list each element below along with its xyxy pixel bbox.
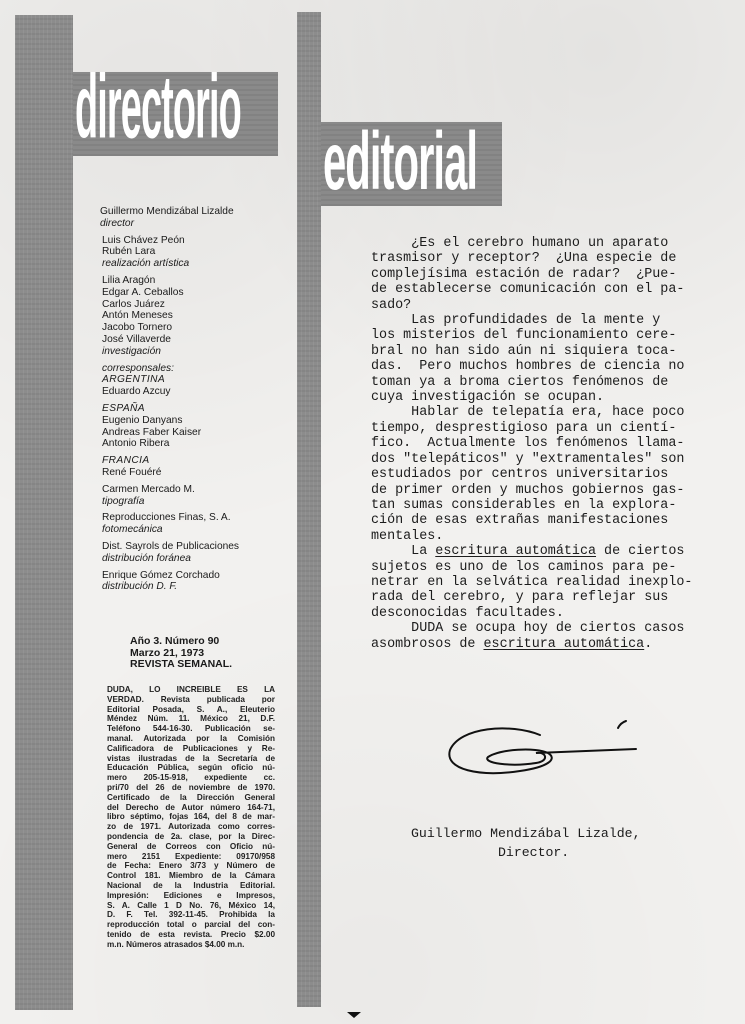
editorial-line: ción de esas extrañas manifestaciones (371, 513, 739, 528)
editorial-line: rada del cerebro, y para reflejar sus (371, 590, 739, 605)
legal-line: DUDA, LO INCREIBLE ES LA (107, 685, 275, 695)
editorial-line: ¿Es el cerebro humano un aparato (371, 236, 739, 251)
legal-line: Calificadora de Publicaciones y Re- (107, 744, 275, 754)
credit-entry: Reproducciones Finas, S. A.fotomecánica (102, 512, 294, 536)
legal-line: VERDAD. Revista publicada por (107, 695, 275, 705)
correspondent-country-group: FRANCIARené Fouéré (102, 455, 294, 479)
masthead: Guillermo Mendizábal LizaldedirectorLuis… (100, 206, 294, 598)
editorial-line: desconocidas facultades. (371, 606, 739, 621)
credit-name: Enrique Gómez Corchado (102, 570, 294, 582)
directorio-header: directorio (73, 72, 278, 156)
legal-line: reproducción total o parcial del con- (107, 920, 275, 930)
editorial-line: complejísima estación de radar? ¿Pue- (371, 267, 739, 282)
legal-line: pondencia de 2a. clase, por la Direc- (107, 832, 275, 842)
staff-name: Edgar A. Ceballos (102, 287, 294, 299)
editorial-text: ¿Es el cerebro humano un aparatotrasmiso… (371, 236, 739, 652)
credit-name: Carmen Mercado M. (102, 484, 294, 496)
country-label: ARGENTINA (102, 374, 294, 386)
credit-role: fotomecánica (102, 524, 294, 536)
legal-line: zo de 1971. Autorizada como corres- (107, 822, 275, 832)
correspondent-country-group: ARGENTINAEduardo Azcuy (102, 374, 294, 398)
legal-line: Control 181. Miembro de la Cámara (107, 871, 275, 881)
correspondents: corresponsales:ARGENTINAEduardo AzcuyESP… (102, 363, 294, 479)
editorial-line: Hablar de telepatía era, hace poco (371, 405, 739, 420)
correspondent-name: Eduardo Azcuy (102, 386, 294, 398)
legal-line: Certificado de la Dirección General (107, 793, 275, 803)
editorial-line: estudiados por centros universitarios (371, 467, 739, 482)
staff-name: Lilia Aragón (102, 275, 294, 287)
credit-entry: Carmen Mercado M.tipografía (102, 484, 294, 508)
legal-line: tenido de esta revista. Precio $2.00 (107, 930, 275, 940)
underlined-phrase: escritura automática (435, 544, 596, 559)
legal-line: m.n. Números atrasados $4.00 m.n. (107, 940, 275, 950)
legal-line: libro séptimo, fojas 164, del 8 de mar- (107, 812, 275, 822)
editorial-header: editorial (321, 122, 502, 206)
legal-line: Nacional de la Industria Editorial. (107, 881, 275, 891)
editorial-line: de establecerse comunicación con el pa- (371, 282, 739, 297)
staff-name: Jacobo Tornero (102, 322, 294, 334)
legal-line: Educación Pública, según oficio nú- (107, 763, 275, 773)
correspondents-label: corresponsales: (102, 363, 294, 375)
correspondent-country-group: ESPAÑAEugenio DanyansAndreas Faber Kaise… (102, 403, 294, 450)
staff-role: investigación (102, 346, 294, 358)
legal-line: mero 2151 Expediente: 09170/958 (107, 852, 275, 862)
right-vertical-bar (297, 12, 321, 1007)
editorial-line: Las profundidades de la mente y (371, 313, 739, 328)
correspondent-name: René Fouéré (102, 467, 294, 479)
editorial-line: tan sumas considerables en la explora- (371, 498, 739, 513)
staff-group: Lilia AragónEdgar A. CeballosCarlos Juár… (102, 275, 294, 358)
legal-notice: DUDA, LO INCREIBLE ES LAVERDAD. Revista … (107, 685, 275, 950)
correspondent-name: Andreas Faber Kaiser (102, 427, 294, 439)
staff-group: Guillermo Mendizábal Lizaldedirector (100, 206, 294, 230)
editorial-line: tiempo, desprestigioso para un cientí- (371, 421, 739, 436)
editorial-line: sujetos es uno de los caminos para pe- (371, 560, 739, 575)
legal-line: de Fecha: Enero 3/73 y Número de (107, 861, 275, 871)
country-label: FRANCIA (102, 455, 294, 467)
directorio-title: directorio (75, 72, 250, 154)
editorial-line: mentales. (371, 529, 739, 544)
editorial-line: bral no han sido aún ni siquiera toca- (371, 344, 739, 359)
staff-role: director (100, 218, 294, 230)
editorial-line: DUDA se ocupa hoy de ciertos casos (371, 621, 739, 636)
editorial-line: los misterios del funcionamiento cere- (371, 328, 739, 343)
country-label: ESPAÑA (102, 403, 294, 415)
editorial-line: sado? (371, 298, 739, 313)
editorial-line: cuya investigación se ocupan. (371, 390, 739, 405)
staff-name: Rubén Lara (102, 246, 294, 258)
editorial-title: editorial (323, 123, 493, 204)
legal-line: manal. Autorizada por la Comisión (107, 734, 275, 744)
legal-line: del Derecho de Autor número 164-71, (107, 803, 275, 813)
staff-name: Carlos Juárez (102, 299, 294, 311)
issue-frequency: REVISTA SEMANAL. (130, 659, 232, 671)
legal-line: S. A. Calle 1 D No. 76, México 14, (107, 901, 275, 911)
correspondent-name: Antonio Ribera (102, 438, 294, 450)
issue-number: Año 3. Número 90 (130, 636, 232, 648)
signature-scribble (440, 715, 650, 785)
editorial-line: asombrosos de escritura automática. (371, 637, 739, 652)
credit-name: Dist. Sayrols de Publicaciones (102, 541, 294, 553)
staff-group: Luis Chávez PeónRubén Lararealización ar… (102, 235, 294, 270)
credit-entry: Dist. Sayrols de Publicacionesdistribuci… (102, 541, 294, 565)
page-marker-triangle-icon (347, 1012, 361, 1018)
legal-line: D. F. Tel. 392-11-45. Prohibida la (107, 910, 275, 920)
credit-entry: Enrique Gómez Corchadodistribución D. F. (102, 570, 294, 594)
editorial-line: das. Pero muchos hombres de ciencia no (371, 359, 739, 374)
legal-line: Impresión: Ediciones e Impresos, (107, 891, 275, 901)
staff-name: Antón Meneses (102, 310, 294, 322)
signoff-title: Director. (498, 843, 569, 862)
underlined-phrase: escritura automática (484, 637, 645, 652)
editorial-line: trasmisor y receptor? ¿Una especie de (371, 251, 739, 266)
credit-role: distribución foránea (102, 553, 294, 565)
staff-name: Luis Chávez Peón (102, 235, 294, 247)
legal-line: Teléfono 544-16-30. Publicación se- (107, 724, 275, 734)
legal-line: vistas ilustradas de la Secretaría de (107, 754, 275, 764)
credit-role: tipografía (102, 496, 294, 508)
issue-info: Año 3. Número 90 Marzo 21, 1973 REVISTA … (130, 636, 232, 671)
legal-line: General de Correos con Oficio nú- (107, 842, 275, 852)
editorial-line: La escritura automática de ciertos (371, 544, 739, 559)
staff-name: José Villaverde (102, 334, 294, 346)
editorial-line: de primer orden y muchos gobiernos gas- (371, 483, 739, 498)
editorial-line: toman ya a broma ciertos fenómenos de (371, 375, 739, 390)
editorial-line: netrar en la selvática realidad inexplo- (371, 575, 739, 590)
credit-name: Reproducciones Finas, S. A. (102, 512, 294, 524)
editorial-line: fico. Actualmente los fenómenos llama- (371, 436, 739, 451)
legal-line: mero 205-15-918, expediente cc. (107, 773, 275, 783)
legal-line: Méndez Núm. 11. México 21, D.F. (107, 714, 275, 724)
staff-role: realización artística (102, 258, 294, 270)
correspondent-name: Eugenio Danyans (102, 415, 294, 427)
editorial-line: dos "telepáticos" y "extramentales" son (371, 452, 739, 467)
signoff-name: Guillermo Mendizábal Lizalde, (411, 824, 641, 843)
left-vertical-bar (15, 15, 73, 1010)
credit-role: distribución D. F. (102, 581, 294, 593)
legal-line: Editorial Posada, S. A., Eleuterio (107, 705, 275, 715)
legal-line: pri/70 del 26 de noviembre de 1970. (107, 783, 275, 793)
staff-name: Guillermo Mendizábal Lizalde (100, 206, 294, 218)
